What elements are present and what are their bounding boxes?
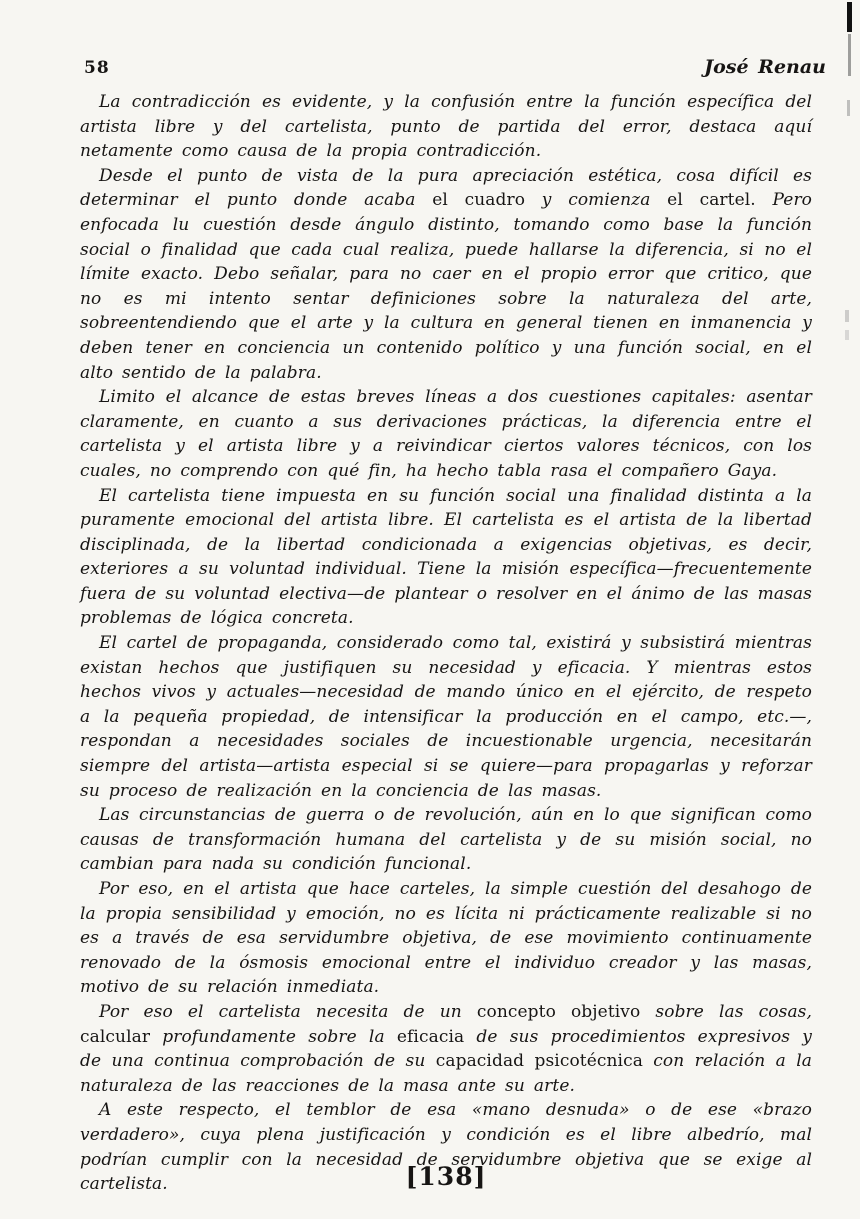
scan-artifact-fade: [848, 34, 851, 76]
text-run: Limito el alcance de estas breves líneas…: [80, 387, 812, 481]
text-run: el cartel.: [667, 190, 772, 210]
paragraph-3: Limito el alcance de estas breves líneas…: [80, 385, 812, 483]
paragraph-1: La contradicción es evidente, y la confu…: [80, 90, 812, 164]
paragraph-4: El cartelista tiene impuesta en su funci…: [80, 484, 812, 632]
paragraph-5: El cartel de propaganda, considerado com…: [80, 631, 812, 803]
paragraph-6: Las circunstancias de guerra o de revolu…: [80, 803, 812, 877]
text-run: eficacia: [397, 1027, 477, 1047]
page-number: 58: [84, 58, 110, 78]
text-run: Por eso el cartelista necesita de un: [99, 1002, 477, 1022]
paragraph-7: Por eso, en el artista que hace carteles…: [80, 877, 812, 1000]
text-run: Por eso, en el artista que hace carteles…: [80, 879, 812, 997]
scan-artifact-dash: [845, 330, 849, 340]
folio-number: [138]: [80, 1162, 812, 1191]
book-page: 58 José Renau La contradicción es eviden…: [0, 0, 860, 1219]
text-run: El cartel de propaganda, considerado com…: [80, 633, 812, 801]
paragraph-8: Por eso el cartelista necesita de un con…: [80, 1000, 812, 1098]
text-run: sobre las cosas,: [655, 1002, 812, 1022]
text-run: La contradicción es evidente, y la confu…: [80, 92, 812, 161]
text-run: el cuadro: [432, 190, 542, 210]
text-run: concepto objetivo: [477, 1002, 656, 1022]
text-run: profundamente sobre la: [162, 1027, 397, 1047]
scan-artifact-bar: [847, 2, 852, 32]
text-run: Pero enfocada lu cuestión desde ángulo d…: [80, 190, 812, 382]
scan-artifact-dash: [845, 310, 849, 322]
text-run: El cartelista tiene impuesta en su funci…: [80, 486, 812, 629]
text-run: Las circunstancias de guerra o de revolu…: [80, 805, 812, 874]
text-run: calcular: [80, 1027, 162, 1047]
running-title: José Renau: [704, 56, 826, 78]
paragraph-2: Desde el punto de vista de la pura aprec…: [80, 164, 812, 385]
text-run: capacidad psicotécnica: [436, 1051, 654, 1071]
scan-artifact-dots: [847, 100, 850, 116]
body-text: La contradicción es evidente, y la confu…: [80, 90, 812, 1197]
page-header: 58 José Renau: [84, 56, 826, 78]
text-run: y comienza: [542, 190, 667, 210]
